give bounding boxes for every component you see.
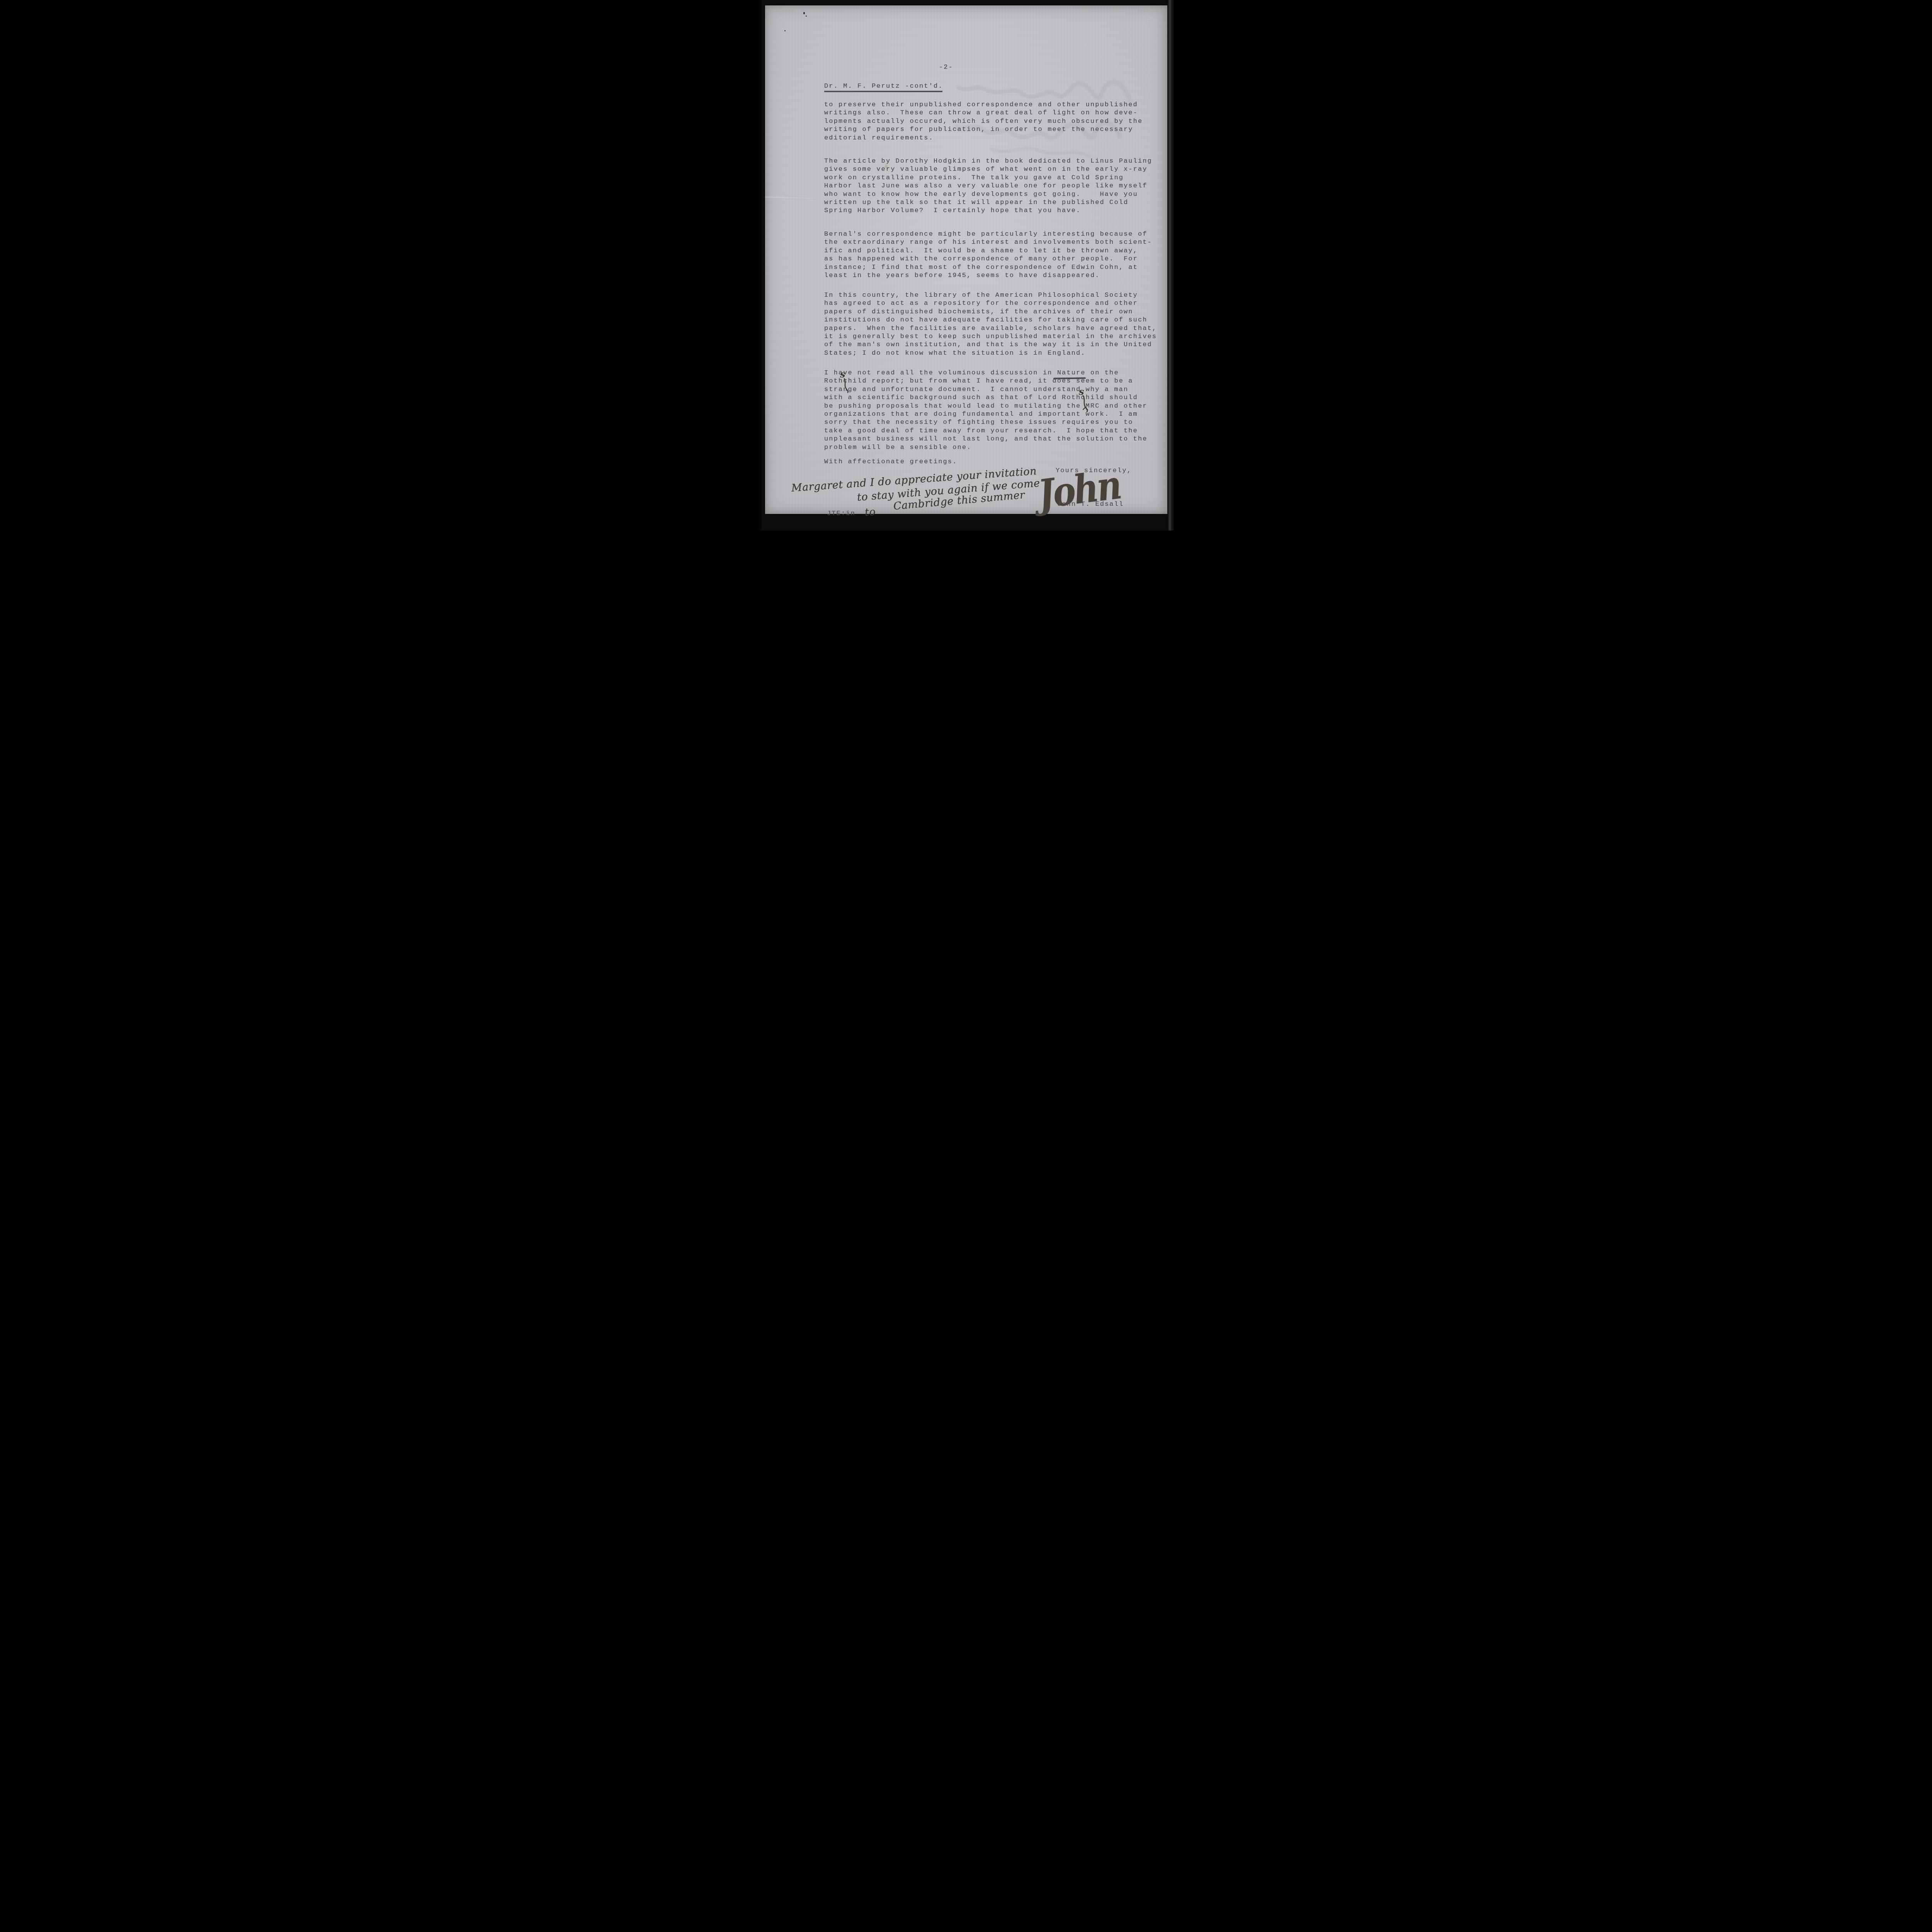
inserted-s-annotation: s — [840, 370, 845, 379]
inserted-s-annotation: s — [1079, 387, 1084, 396]
handwritten-note-line-3-word: to — [864, 506, 876, 519]
typist-initials: JTE:in — [827, 510, 855, 518]
scan-frame: -2- Dr. M. F. Perutz -cont'd. to preserv… — [759, 0, 1173, 531]
heading-underline — [824, 91, 942, 92]
letter-heading: Dr. M. F. Perutz -cont'd. — [824, 82, 943, 90]
scan-speck — [803, 12, 805, 14]
paper-crease — [765, 197, 827, 199]
scan-speck — [784, 30, 786, 31]
signature-handwritten: John — [1036, 461, 1122, 517]
page-number: -2- — [939, 63, 953, 71]
paragraph-3: Bernal's correspondence might be particu… — [824, 230, 1152, 280]
paragraph-1: to preserve their unpublished correspond… — [824, 101, 1143, 142]
caret-mark — [1081, 396, 1090, 412]
paragraph-2: The article by Dorothy Hodgkin in the bo… — [824, 157, 1152, 215]
paragraph-5: I have not read all the voluminous discu… — [824, 369, 1148, 452]
caret-mark — [843, 379, 850, 393]
closing-line: With affectionate greetings. — [824, 458, 957, 466]
paragraph-4: In this country, the library of the Amer… — [824, 291, 1157, 357]
letter-page: -2- Dr. M. F. Perutz -cont'd. to preserv… — [765, 5, 1167, 514]
scan-speck — [806, 15, 807, 17]
signature-typed-name: John T. Edsall — [1057, 500, 1124, 509]
